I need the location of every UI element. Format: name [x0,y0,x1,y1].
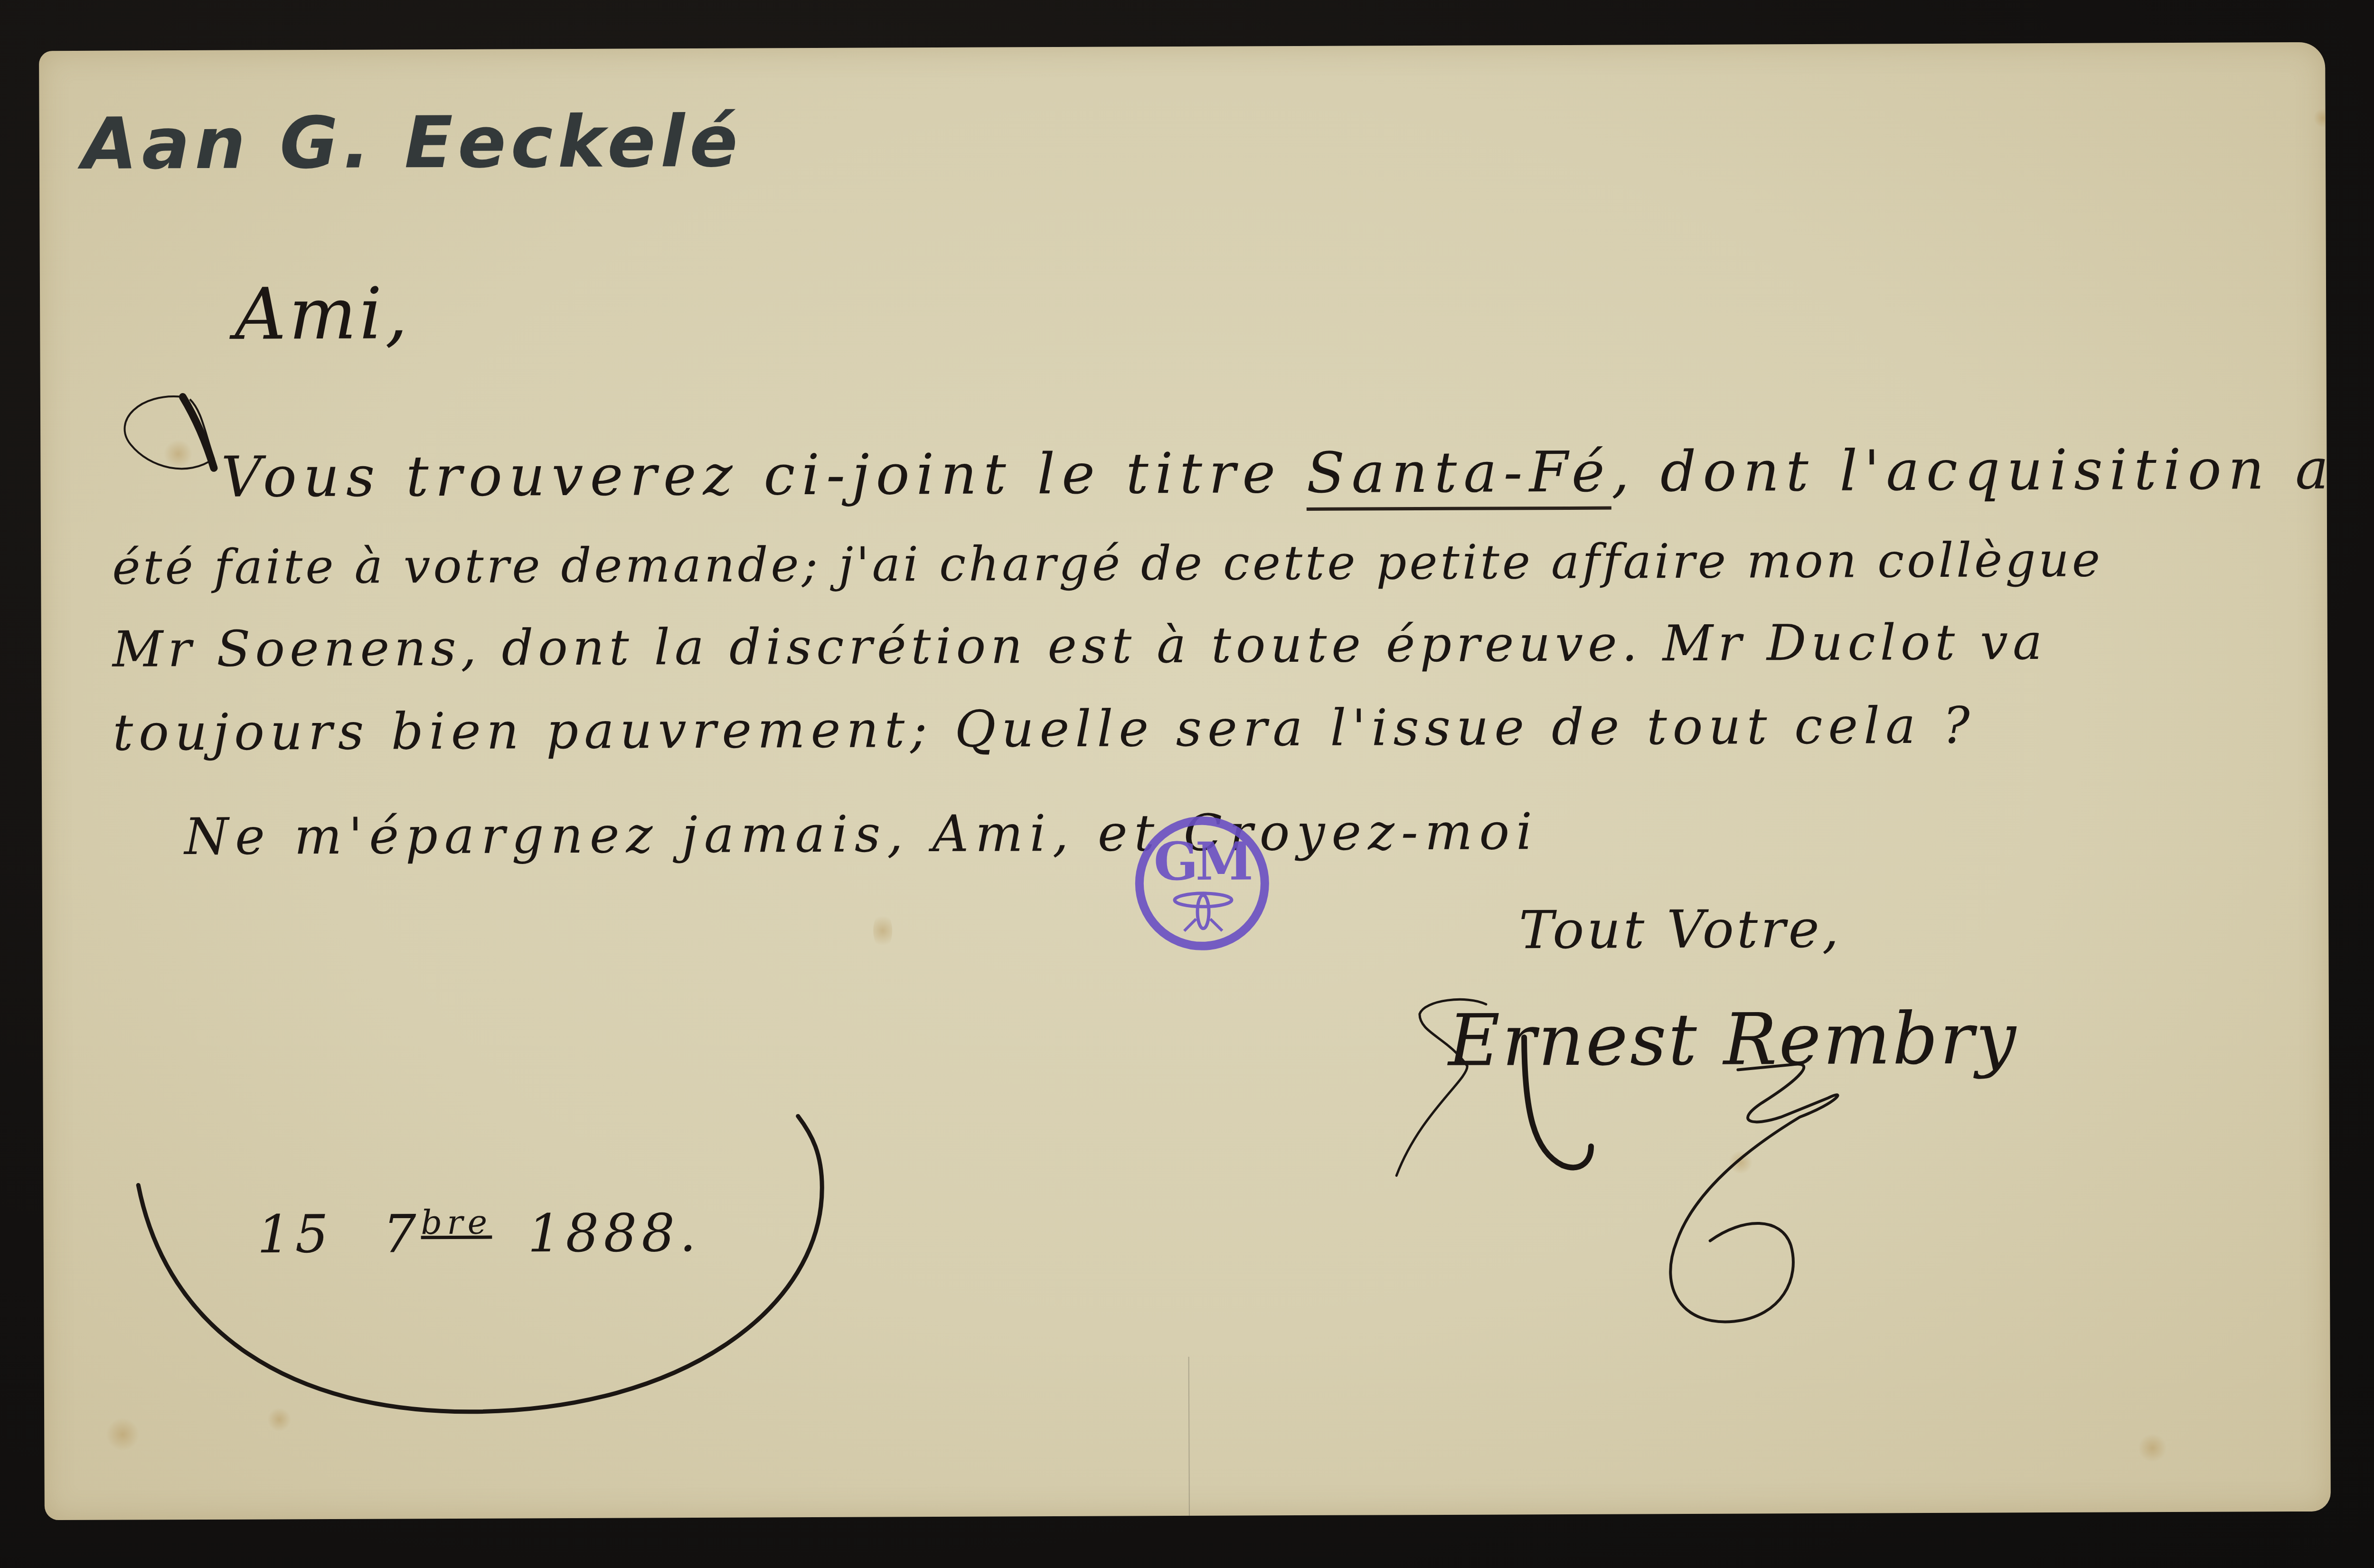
library-stamp: GM [1135,816,1269,950]
bee-icon [1163,886,1244,934]
letter-paper: Aan G. Eeckelé Ami, Vous trouverez ci-jo… [39,42,2331,1520]
signature-paraph [1670,1064,1839,1322]
calligraphy-flourishes [39,42,2331,1520]
signature-e-loop [1396,999,1487,1175]
initial-v-stroke [183,397,214,468]
signature-r-descender [1524,1037,1591,1168]
stamp-letters: GM [1143,830,1260,892]
date-oval-flourish [138,1116,823,1413]
